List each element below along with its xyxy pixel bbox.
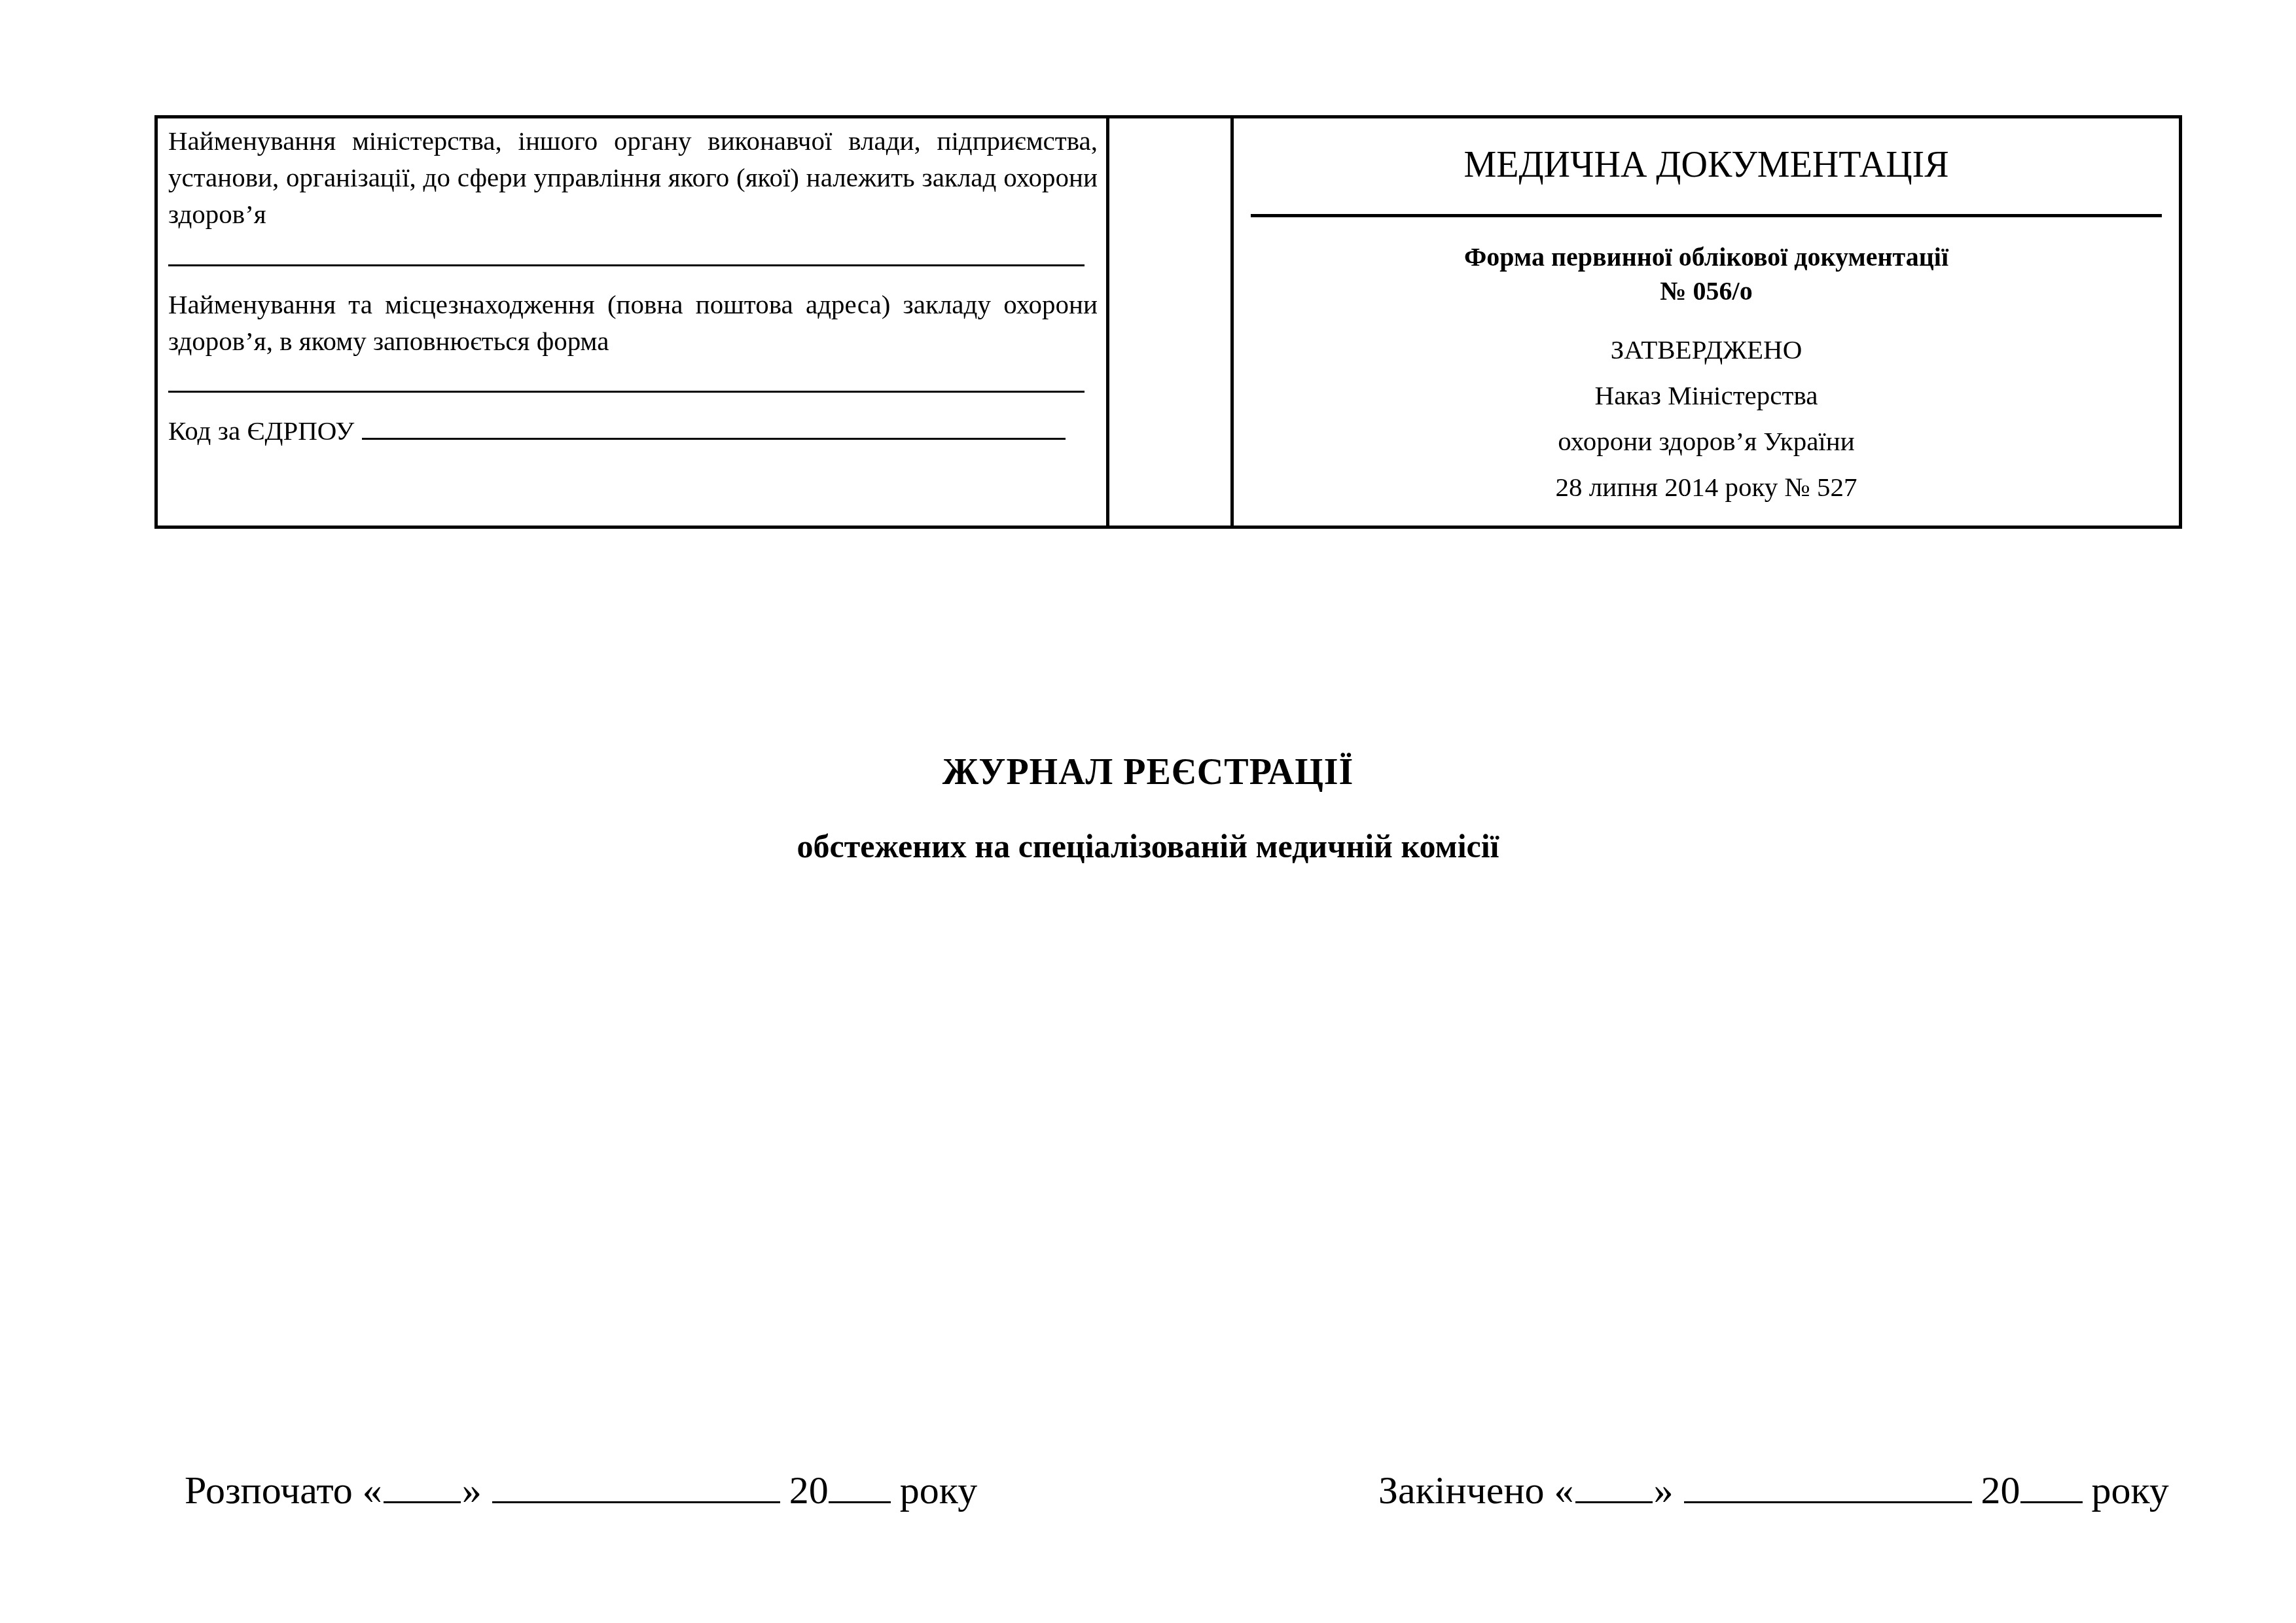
start-date-row: Розпочато «»20року bbox=[185, 1466, 977, 1513]
year-prefix: 20 bbox=[789, 1469, 829, 1512]
divider-rule bbox=[1251, 214, 2162, 217]
close-quote: » bbox=[462, 1469, 482, 1512]
close-quote: » bbox=[1654, 1469, 1674, 1512]
end-label: Закінчено bbox=[1378, 1469, 1545, 1512]
form-title: Форма первинної облікової документації №… bbox=[1234, 240, 2179, 308]
form-title-line: Форма первинної облікової документації bbox=[1234, 240, 2179, 274]
order-line: охорони здоров’я України bbox=[1234, 418, 2179, 464]
edrpou-row: Код за ЄДРПОУ bbox=[168, 412, 1098, 449]
ministry-label: Найменування міністерства, іншого органу… bbox=[168, 122, 1098, 232]
open-quote: « bbox=[363, 1469, 382, 1512]
order-line: Наказ Міністерства bbox=[1234, 372, 2179, 418]
form-approval-cell: МЕДИЧНА ДОКУМЕНТАЦІЯ Форма первинної обл… bbox=[1234, 118, 2179, 526]
institution-label: Найменування та місцезнаходження (повна … bbox=[168, 286, 1098, 359]
institution-address-field[interactable] bbox=[168, 391, 1085, 393]
journal-subtitle: обстежених на спеціалізованій медичній к… bbox=[0, 827, 2296, 865]
end-date-row: Закінчено «»20року bbox=[1378, 1466, 2169, 1513]
ministry-name-field[interactable] bbox=[168, 264, 1085, 266]
journal-title: ЖУРНАЛ РЕЄСТРАЦІЇ bbox=[0, 751, 2296, 793]
open-quote: « bbox=[1554, 1469, 1574, 1512]
start-month-field[interactable] bbox=[492, 1466, 780, 1503]
start-day-field[interactable] bbox=[384, 1466, 461, 1503]
end-month-field[interactable] bbox=[1684, 1466, 1972, 1503]
start-label: Розпочато bbox=[185, 1469, 353, 1512]
form-number: № 056/о bbox=[1234, 274, 2179, 308]
year-suffix: року bbox=[900, 1469, 977, 1512]
form-header-table: Найменування міністерства, іншого органу… bbox=[154, 115, 2182, 529]
year-prefix: 20 bbox=[1981, 1469, 2020, 1512]
start-year-field[interactable] bbox=[829, 1466, 891, 1503]
approved-label: ЗАТВЕРДЖЕНО bbox=[1234, 327, 2179, 372]
end-year-field[interactable] bbox=[2020, 1466, 2083, 1503]
order-date-number: 28 липня 2014 року № 527 bbox=[1234, 464, 2179, 510]
end-day-field[interactable] bbox=[1575, 1466, 1653, 1503]
edrpou-field[interactable] bbox=[362, 412, 1066, 440]
column-divider bbox=[1106, 118, 1109, 526]
year-suffix: року bbox=[2092, 1469, 2169, 1512]
edrpou-label: Код за ЄДРПОУ bbox=[168, 416, 354, 446]
document-category: МЕДИЧНА ДОКУМЕНТАЦІЯ bbox=[1234, 142, 2179, 188]
approval-block: ЗАТВЕРДЖЕНО Наказ Міністерства охорони з… bbox=[1234, 327, 2179, 510]
